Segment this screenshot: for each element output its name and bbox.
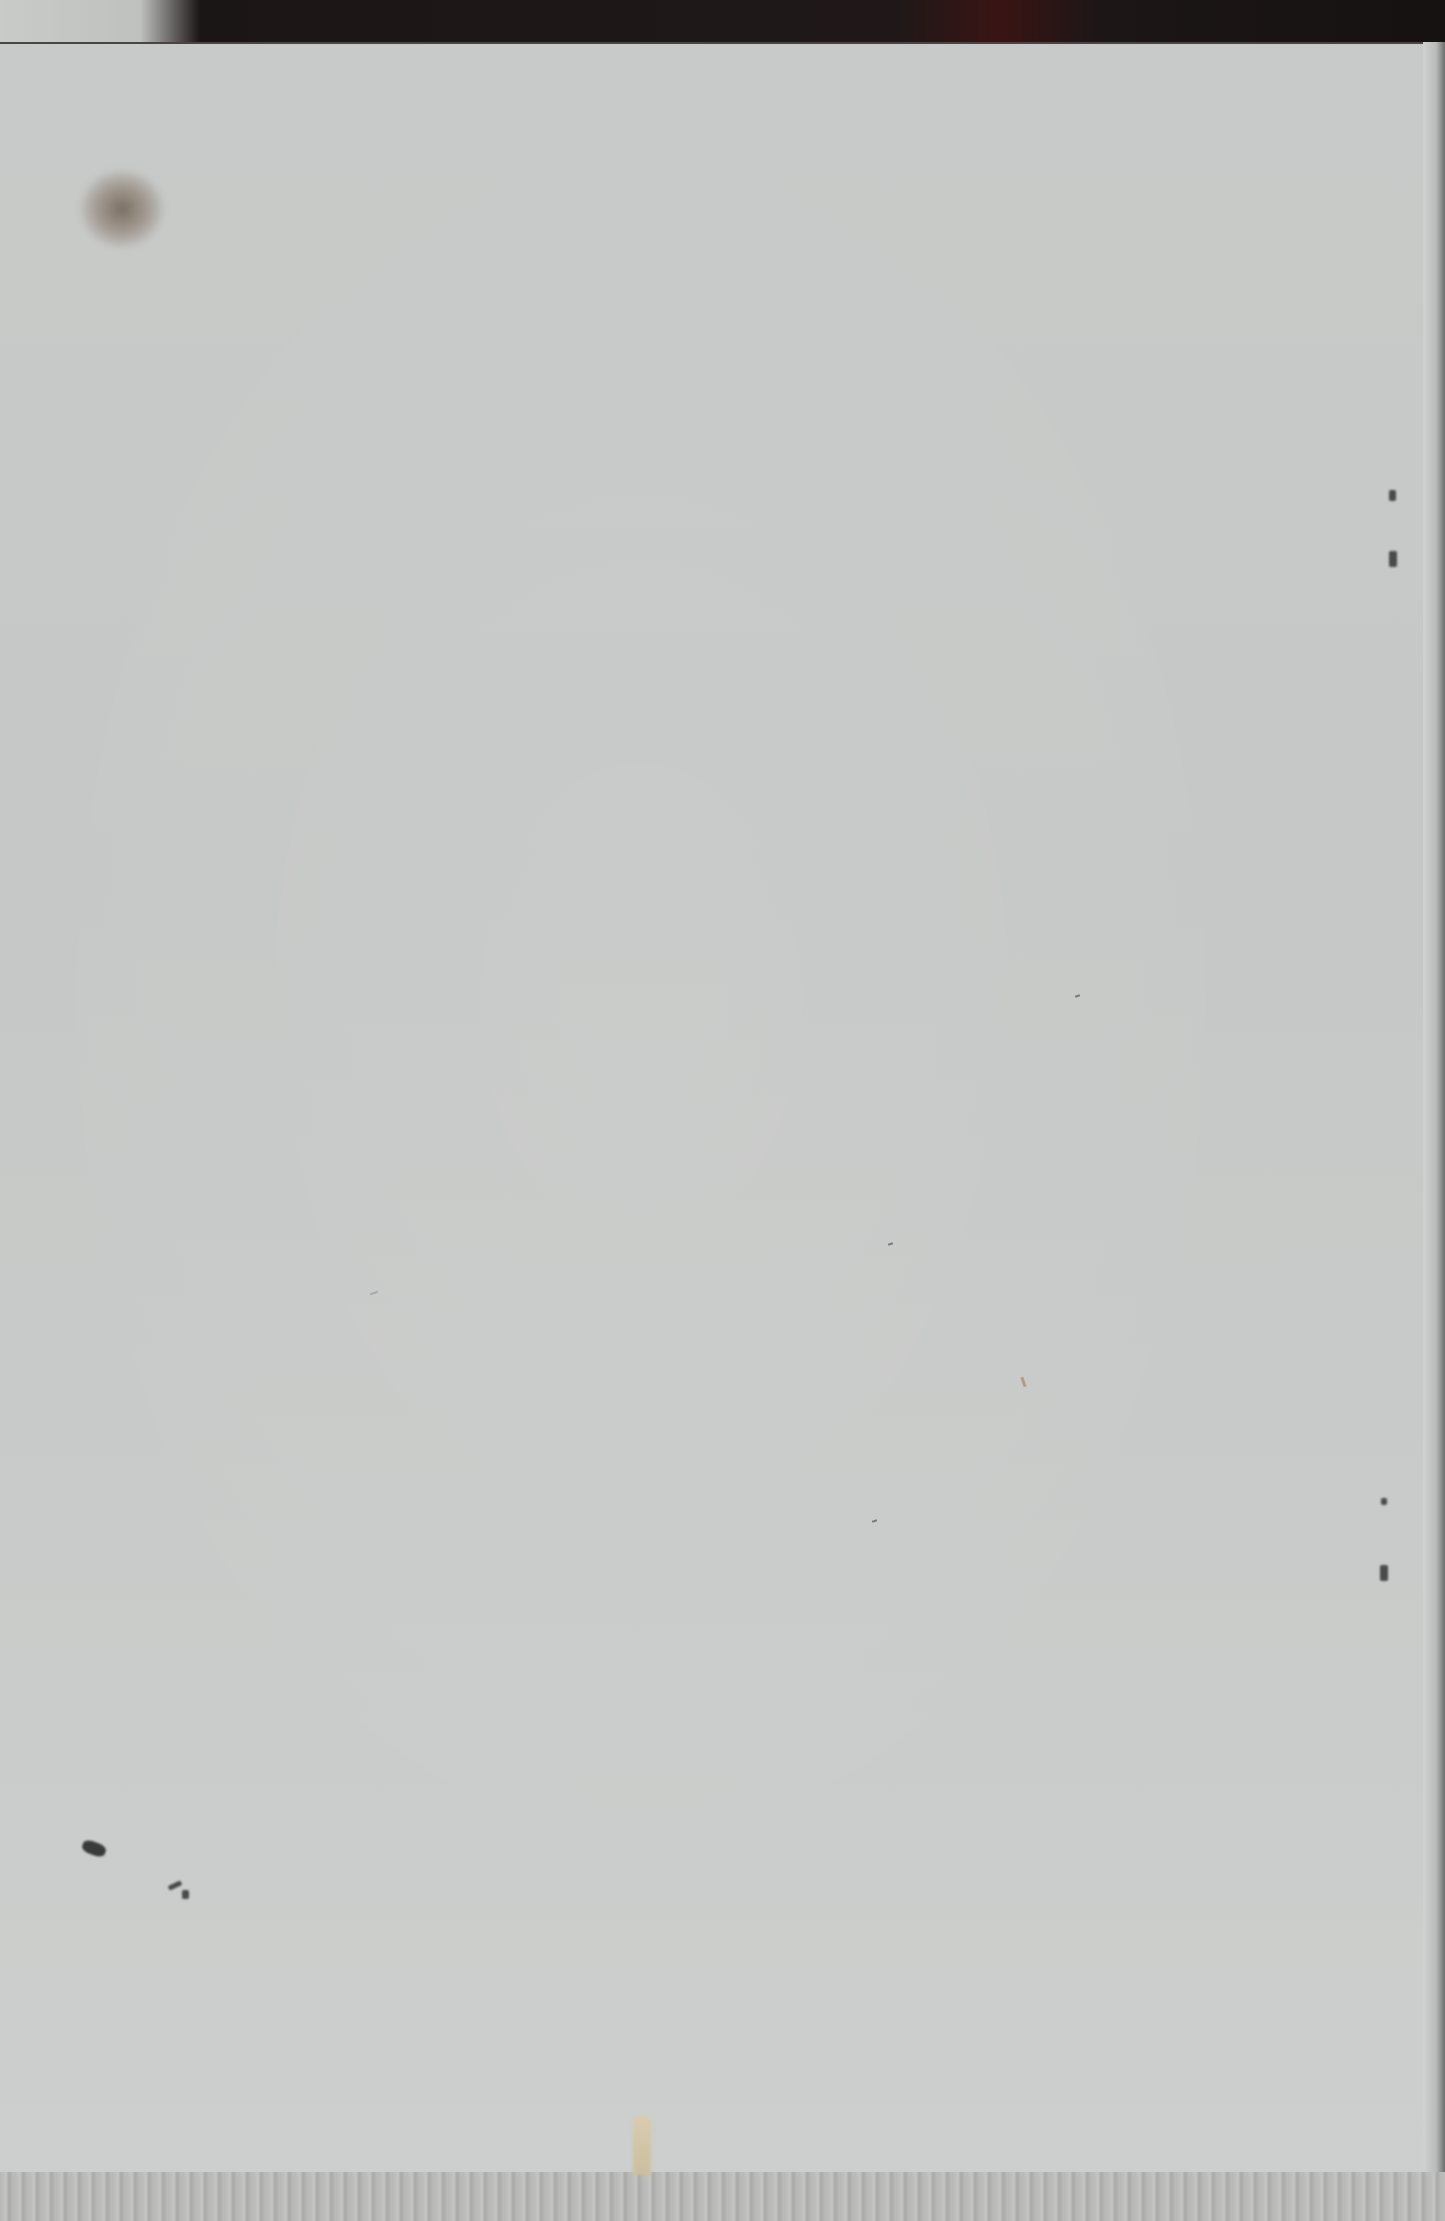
- staple-hole: [1389, 490, 1396, 501]
- ink-speck: [182, 1890, 189, 1899]
- paper-stack-edge: [1423, 42, 1445, 2221]
- tape-fragment: [633, 2115, 651, 2175]
- blank-paper-sheet: [0, 42, 1427, 2174]
- dark-background: [0, 0, 1445, 48]
- paper-bottom-edge: [0, 2172, 1445, 2221]
- stain-mark: [80, 170, 164, 248]
- staple-hole: [1389, 551, 1397, 567]
- staple-hole: [1380, 1565, 1388, 1581]
- staple-hole: [1381, 1498, 1387, 1505]
